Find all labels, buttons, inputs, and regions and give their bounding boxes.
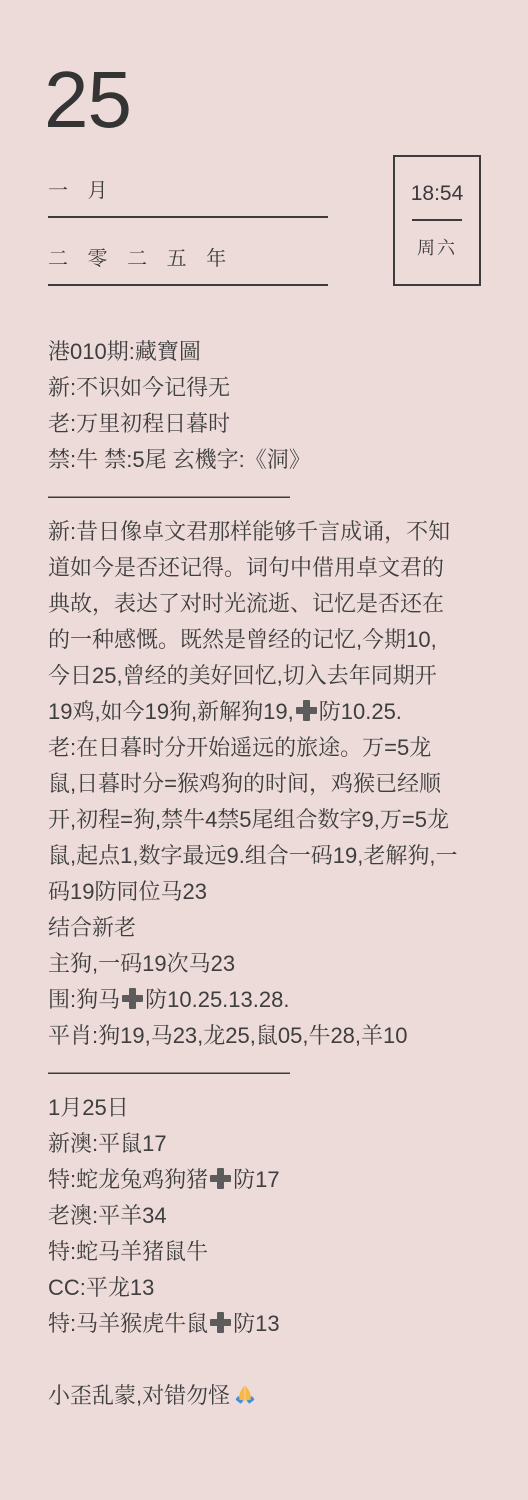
analysis-line: 码19防同位马23 (48, 874, 510, 910)
new-riddle-line: 新:不识如今记得无 (48, 370, 510, 406)
analysis-line: 围:狗马防10.25.13.28. (48, 982, 510, 1018)
analysis-line: 主狗,一码19次马23 (48, 946, 510, 982)
analysis-line: 开,初程=狗,禁牛4禁5尾组合数字9,万=5龙 (48, 802, 510, 838)
analysis-line: 鼠,日暮时分=猴鸡狗的时间，鸡猴已经顺 (48, 766, 510, 802)
plus-icon (122, 988, 143, 1009)
analysis-line: 19鸡,如今19狗,新解狗19,防10.25. (48, 694, 510, 730)
disclaimer-line: 小歪乱蒙,对错勿怪 (48, 1378, 510, 1414)
analysis-line: 典故，表达了对时光流逝、记忆是否还在 (48, 586, 510, 622)
clock-weekday: 周六 (417, 234, 457, 260)
analysis-line: 结合新老 (48, 910, 510, 946)
analysis-line: 平肖:狗19,马23,龙25,鼠05,牛28,羊10 (48, 1018, 510, 1054)
plus-icon (210, 1168, 231, 1189)
analysis-line: 鼠,起点1,数字最远9.组合一码19,老解狗,一 (48, 838, 510, 874)
lottery-note: 港010期:藏寶圖 新:不识如今记得无 老:万里初程日暮时 禁:牛 禁:5尾 玄… (48, 334, 510, 1414)
plus-icon (210, 1312, 231, 1333)
new-macau-line: 新澳:平鼠17 (48, 1126, 510, 1162)
section-divider: ———————————— (48, 478, 510, 514)
old-macau-line: 老澳:平羊34 (48, 1198, 510, 1234)
analysis-line: 道如今是否还记得。词句中借用卓文君的 (48, 550, 510, 586)
old-riddle-line: 老:万里初程日暮时 (48, 406, 510, 442)
plus-icon (296, 700, 317, 721)
issue-title-line: 港010期:藏寶圖 (48, 334, 510, 370)
year-label: 二 零 二 五 年 (48, 242, 233, 271)
ban-line: 禁:牛 禁:5尾 玄機字:《洞》 (48, 442, 510, 478)
clock-time: 18:54 (411, 182, 464, 206)
cc-line: CC:平龙13 (48, 1270, 510, 1306)
cc-special-line: 特:马羊猴虎牛鼠防13 (48, 1306, 510, 1342)
year-underline (48, 284, 328, 286)
month-label: 一 月 (48, 174, 115, 203)
analysis-line: 老:在日暮时分开始遥远的旅途。万=5龙 (48, 730, 510, 766)
folded-hands-emoji (233, 1383, 257, 1407)
section-divider: ———————————— (48, 1054, 510, 1090)
analysis-line: 今日25,曾经的美好回忆,切入去年同期开 (48, 658, 510, 694)
day-number: 25 (44, 60, 131, 140)
analysis-line: 新:昔日像卓文君那样能够千言成诵，不知 (48, 514, 510, 550)
month-underline (48, 216, 328, 218)
new-macau-special-line: 特:蛇龙兔鸡狗猪防17 (48, 1162, 510, 1198)
clock-widget: 18:54 周六 (393, 155, 481, 286)
date-line: 1月25日 (48, 1090, 510, 1126)
old-macau-special-line: 特:蛇马羊猪鼠牛 (48, 1234, 510, 1270)
clock-divider (412, 219, 462, 221)
analysis-line: 的一种感慨。既然是曾经的记忆,今期10, (48, 622, 510, 658)
